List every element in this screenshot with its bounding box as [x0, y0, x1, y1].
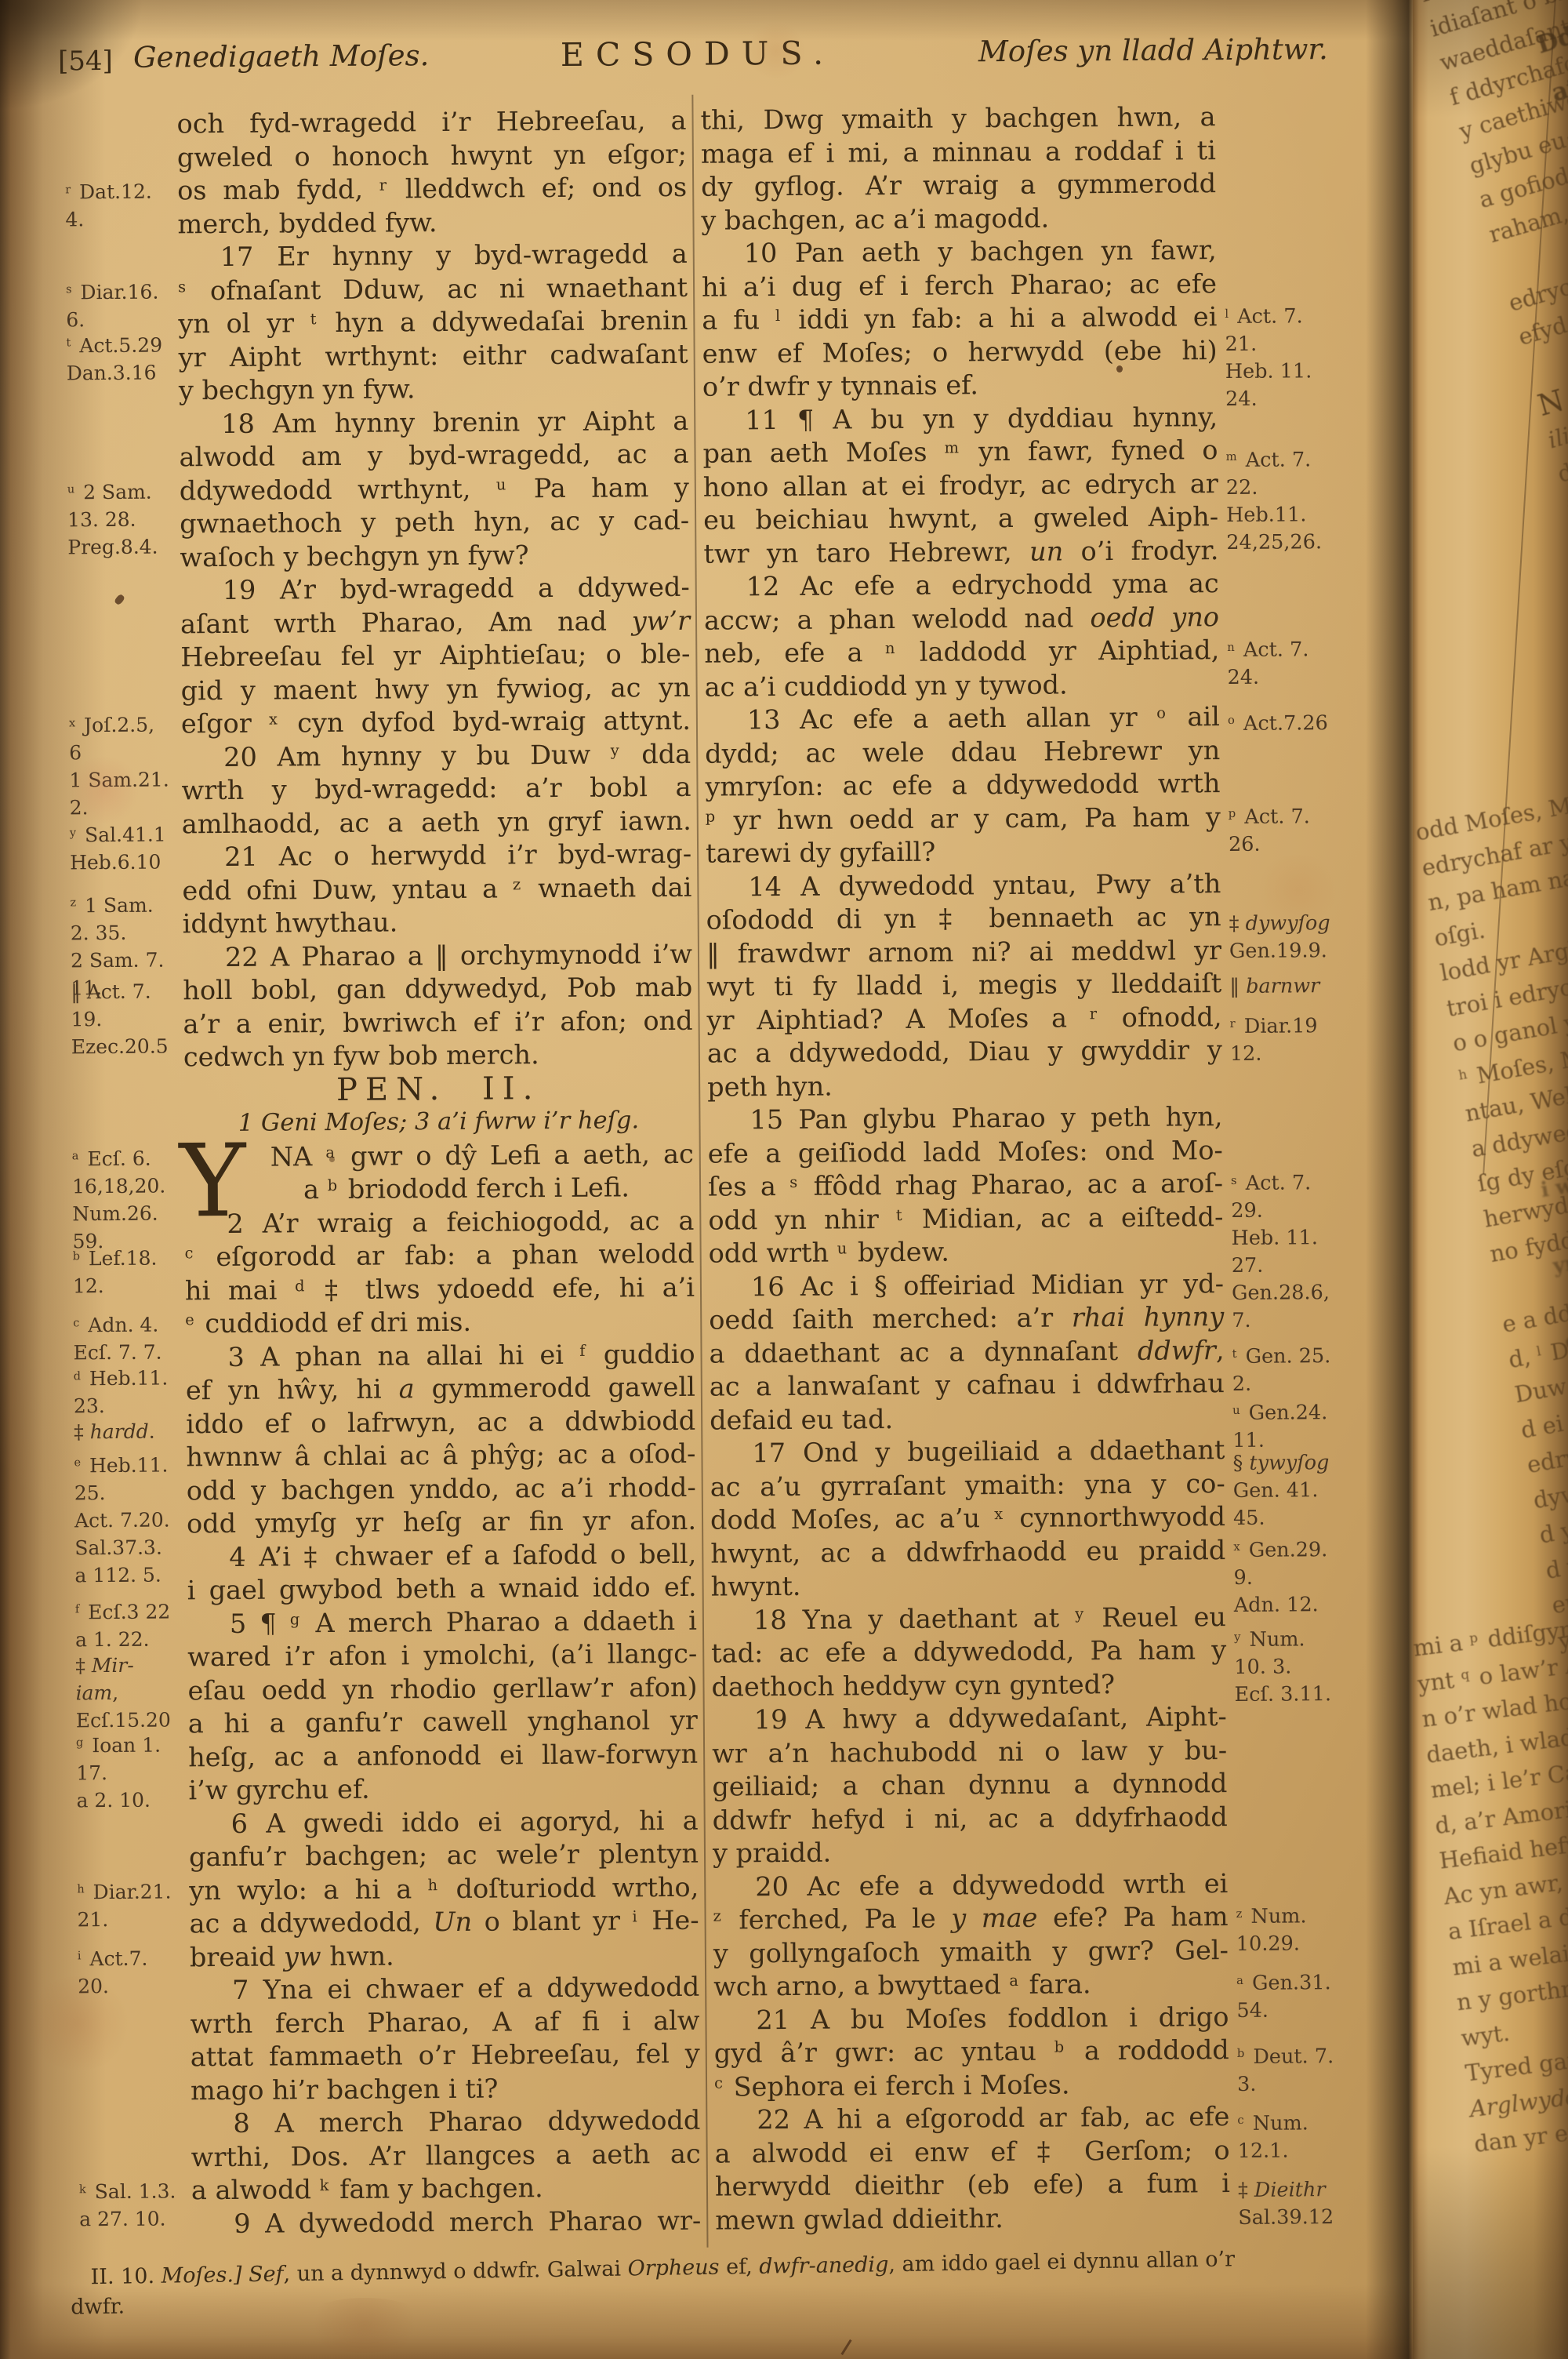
text-line: herwydd dieithr (eb efe) a fum i: [715, 2167, 1230, 2204]
text-line: y gollyngaſoch ymaith y gwr? Gel-: [713, 1934, 1229, 1971]
page-gutter-shadow: [1366, 0, 1414, 2359]
text-line: 19 A hwy a ddywedaſant, Aipht-: [712, 1700, 1227, 1737]
text-line: attat fammaeth o’r Hebreeſau, fel y: [191, 2037, 700, 2074]
text-line: iddynt hwythau.: [183, 904, 692, 941]
text-line: ac a ddywedodd, Un o blant yr i He-: [189, 1904, 699, 1941]
text-line: 15 Pan glybu Pharao y peth hyn,: [707, 1100, 1222, 1137]
text-line: c Sephora ei ferch i Moſes.: [714, 2067, 1229, 2104]
text-line: 11 ¶ A bu yn y dyddiau hynny,: [702, 401, 1218, 438]
text-line: wrth y byd-wragedd: a’r bobl a: [181, 771, 691, 808]
text-line: geiliaid; a chan dynnu a dynnodd: [712, 1767, 1227, 1804]
text-line: hi mai d ‡ tlws ydoedd efe, hi a’i: [185, 1270, 695, 1307]
text-line: iddo ef o lafrwyn, ac a ddwbiodd: [186, 1404, 695, 1441]
text-line: 14 A dywedodd yntau, Pwy a’th: [706, 867, 1221, 904]
text-line: ganfu’r bachgen; ac wele’r plentyn: [189, 1837, 699, 1874]
text-line: mago hi’r bachgen i ti?: [191, 2070, 700, 2107]
text-line: p yr hwn oedd ar y cam, Pa ham y: [706, 801, 1221, 838]
text-line: tarewi dy gyfaill?: [706, 834, 1221, 871]
text-line: 22 A hi a eſgorodd ar fab, ac efe: [714, 2100, 1229, 2137]
text-line: hwynt.: [710, 1567, 1225, 1604]
text-line: mewn gwlad ddieithr.: [715, 2201, 1230, 2237]
text-line: maga ef i mi, a minnau a roddaf i ti: [701, 134, 1216, 171]
text-line: 6 A gwedi iddo ei agoryd, hi a: [189, 1804, 699, 1841]
text-line: yn ol yr t hyn a ddywedaſai brenin: [178, 304, 688, 341]
text-line: breaid yw hwn.: [190, 1937, 699, 1974]
text-line: ac a’i cuddiodd yn y tywod.: [704, 667, 1219, 704]
text-line: odd yn nhir t Midian, ac a eiſtedd-: [708, 1201, 1223, 1238]
text-line: a’r a enir, bwriwch ef i’r afon; ond: [183, 1004, 692, 1041]
text-line: eſau oedd yn rhodio gerllaw’r afon): [187, 1670, 697, 1707]
text-line: gid y maent hwy yn fywiog, ac yn: [180, 671, 690, 707]
text-line: dydd; ac wele ddau Hebrewr yn: [705, 734, 1220, 771]
running-title-left: Genedigaeth Moſes.: [133, 38, 430, 75]
text-line: 9 A dywedodd merch Pharao wr-: [191, 2204, 701, 2241]
text-line: alwodd am y byd-wragedd, ac a: [179, 438, 688, 474]
text-line: ef yn hŵy, hi a gymmerodd gawell: [186, 1371, 695, 1408]
next-page-edge: r Aiphidiaſant o blegiwaeddaſant; a’uf d…: [1413, 0, 1568, 2359]
text-line: wrth ferch Pharao, A af fi i alw: [190, 2004, 699, 2041]
text-line: ac a lanwaſant y cafnau i ddwfrhau: [710, 1367, 1225, 1404]
text-line: Hebreeſau fel yr Aiphtieſau; o ble-: [180, 638, 690, 674]
text-line: tad: ac efe a ddywedodd, Pa ham y: [711, 1634, 1226, 1670]
text-line: c eſgorodd ar fab: a phan welodd: [185, 1238, 695, 1274]
text-line: ddywedodd wrthynt, u Pa ham y: [180, 471, 689, 507]
text-line: 4 A’i ‡ chwaer ef a ſafodd o bell,: [187, 1537, 696, 1574]
page-content: [54] Genedigaeth Moſes. ECSODUS. Moſes y…: [0, 0, 1568, 2359]
text-line: 8 A merch Pharao ddywedodd: [191, 2104, 700, 2141]
text-line: wared i’r afon i ymolchi, (a’i llangc-: [187, 1637, 697, 1674]
text-line: defaid eu tad.: [710, 1401, 1225, 1438]
text-line: z ferched, Pa le y mae efe? Pa ham: [713, 1900, 1228, 1937]
text-line: odd ymyſg yr heſg ar fin yr afon.: [187, 1504, 696, 1541]
book-title: ECSODUS.: [533, 34, 862, 74]
text-line: dodd Moſes, ac a’u x cynnorthwyodd: [710, 1500, 1225, 1537]
text-line: gweled o honoch hwynt yn eſgor;: [177, 137, 687, 174]
text-line: 10 Pan aeth y bachgen yn fawr,: [702, 234, 1217, 271]
text-line: 12 Ac efe a edrychodd yma ac: [704, 567, 1219, 604]
text-line: peth hyn.: [707, 1067, 1222, 1104]
text-line: e cuddiodd ef dri mis.: [185, 1304, 695, 1341]
text-line: 21 A bu Moſes foddlon i drigo: [713, 2001, 1229, 2037]
text-line: a alwodd ei enw ef ‡ Gerſom; o: [715, 2134, 1230, 2171]
right-text-column: thi, Dwg ymaith y bachgen hwn, amaga ef …: [700, 100, 1230, 2237]
text-line: os mab fydd, r lleddwch ef; ond os: [177, 171, 687, 208]
text-line: 19 A’r byd-wragedd a ddywed-: [180, 571, 690, 608]
text-line: merch, bydded fyw.: [177, 204, 687, 241]
text-line: odd wrth u bydew.: [709, 1234, 1224, 1270]
text-line: yr Aiphtiad? A Moſes a r ofnodd,: [706, 1001, 1221, 1038]
running-title-right: Moſes yn lladd Aiphtwr.: [978, 32, 1328, 68]
text-line: enw ef Moſes; o herwydd (ebe hi): [702, 334, 1218, 371]
text-line: edd ofni Duw, yntau a z wnaeth dai: [182, 871, 691, 907]
text-line: i’w gyrchu ef.: [188, 1771, 698, 1808]
text-line: wch arno, a bwyttaed a fara.: [713, 1967, 1229, 2004]
text-line: a hi a ganfu’r cawell ynghanol yr: [188, 1704, 698, 1741]
text-line: a b briododd ferch i Lefi.: [184, 1171, 694, 1208]
text-line: twr yn taro Hebrewr, un o’i frodyr.: [703, 534, 1218, 571]
text-line: 2 A’r wraig a feichiogodd, ac a: [184, 1204, 694, 1241]
text-line: yr Aipht wrthynt: eithr cadwaſant: [179, 337, 688, 374]
text-line: wrthi, Dos. A’r llangces a aeth ac: [191, 2137, 701, 2174]
text-line: hono allan at ei frodyr, ac edrych ar: [703, 467, 1218, 504]
text-line: 17 Ond y bugeiliaid a ddaethant: [710, 1434, 1225, 1470]
text-line: pan aeth Moſes m yn fawr, fyned o: [702, 434, 1218, 471]
text-line: 22 A Pharao a ‖ orchymynodd i’w: [183, 937, 692, 974]
text-line: hwynt, ac a ddwfrhaodd eu praidd: [710, 1534, 1225, 1571]
text-line: ymryſon: ac efe a ddywedodd wrth: [705, 767, 1220, 804]
text-line: waſoch y bechgyn yn fyw?: [180, 537, 689, 574]
text-line: cedwch yn fyw bob merch.: [183, 1038, 693, 1074]
text-line: 5 ¶ g A merch Pharao a ddaeth i: [187, 1604, 697, 1641]
text-line: ac a’u gyrraſant ymaith: yna y co-: [710, 1467, 1225, 1504]
text-line: a ddaethant ac a dynnaſant ddwfr,: [709, 1334, 1224, 1371]
text-line: a fu l iddi yn fab: a hi a alwodd ei: [702, 300, 1217, 337]
text-line: wyt ti fy lladd i, megis y lleddaiſt: [706, 967, 1221, 1004]
text-line: efe a geiſiodd ladd Moſes: ond Mo-: [708, 1134, 1223, 1171]
text-line: 18 Yna y daethant at y Reuel eu: [711, 1601, 1226, 1637]
text-line: heſg, ac a anfonodd ei llaw-forwyn: [188, 1737, 698, 1774]
text-line: oedd ſaith merched: a’r rhai hynny: [709, 1300, 1224, 1337]
text-line: 17 Er hynny y byd-wragedd a: [178, 238, 688, 274]
text-line: neb, efe a n laddodd yr Aiphtiad,: [704, 634, 1219, 671]
text-line: gwnaethoch y peth hyn, ac y cad-: [180, 504, 689, 541]
text-line: oſododd di yn ‡ bennaeth ac yn: [706, 900, 1221, 937]
text-line: 20 Ac efe a ddywedodd wrth ei: [713, 1867, 1228, 1904]
text-line: amlhaodd, ac a aeth yn gryf iawn.: [182, 804, 691, 841]
text-line: a alwodd k fam y bachgen.: [191, 2171, 701, 2208]
text-line: eu beichiau hwynt, a gweled Aiph-: [703, 500, 1218, 537]
drop-cap: Y: [180, 1132, 246, 1233]
text-line: holl bobl, gan ddywedyd, Pob mab: [183, 971, 692, 1008]
text-line: s ofnaſant Dduw, ac ni wnaethant: [178, 271, 688, 307]
text-line: dy gyflog. A’r wraig a gymmerodd: [701, 167, 1216, 204]
text-line: y bachgen, ac a’i magodd.: [701, 201, 1216, 238]
book-page: [54] Genedigaeth Moſes. ECSODUS. Moſes y…: [0, 0, 1568, 2359]
footnote: II. 10. Moſes.] Sef, un a dynnwyd o ddwf…: [70, 2243, 1372, 2323]
text-line: 7 Yna ei chwaer ef a ddywedodd: [190, 1971, 699, 2008]
text-line: ‖ frawdwr arnom ni? ai meddwl yr: [706, 934, 1221, 971]
page-number: [54]: [58, 45, 113, 77]
text-line: wr a’n hachubodd ni o law y bu-: [712, 1734, 1227, 1771]
text-line: eſgor x cyn dyfod byd-wraig attynt.: [181, 704, 691, 741]
next-page-text-fragments: mi a p ddiſgynais i’w gwynt q o law’r Ai…: [1413, 1589, 1568, 2162]
text-line: gyd â’r gwr: ac yntau b a roddodd: [714, 2034, 1229, 2070]
text-line: y bechgyn yn fyw.: [179, 371, 688, 408]
text-line: NA a gwr o dŷ Lefi a aeth, ac: [184, 1137, 694, 1174]
text-line: 20 Am hynny y bu Duw y dda: [181, 737, 691, 774]
text-line: i gael gwybod beth a wnaid iddo ef.: [187, 1571, 696, 1608]
text-line: ac a ddywedodd, Diau y gwyddir y: [707, 1034, 1222, 1070]
text-line: 1 Geni Moſes; 3 a’i fwrw i’r heſg.: [183, 1104, 693, 1141]
text-line: 13 Ac efe a aeth allan yr o ail: [705, 700, 1220, 737]
text-line: yn wylo: a hi a h doſturiodd wrtho,: [189, 1870, 699, 1907]
text-line: 3 A phan na allai hi ei f guddio: [185, 1337, 695, 1374]
text-line: 21 Ac o herwydd i’r byd-wrag-: [182, 838, 691, 874]
text-line: hi a’i dug ef i ferch Pharao; ac efe: [702, 267, 1217, 304]
text-line: och fyd-wragedd i’r Hebreeſau, a: [176, 104, 686, 141]
text-line: 18 Am hynny brenin yr Aipht a: [179, 404, 688, 441]
text-line: daethoch heddyw cyn gynted?: [711, 1667, 1226, 1704]
text-line: accw; a phan welodd nad oedd yno: [704, 601, 1219, 638]
left-text-column: Y och fyd-wragedd i’r Hebreeſau, agweled…: [176, 104, 701, 2241]
text-line: 16 Ac i § offeiriad Midian yr yd-: [709, 1267, 1224, 1304]
text-line: PEN. II.: [183, 1070, 693, 1107]
text-line: odd y bachgen ynddo, ac a’i rhodd-: [187, 1470, 696, 1507]
next-page-text-fragments: r Aiphidiaſant o blegiwaeddaſant; a’uf d…: [1416, 0, 1568, 801]
text-line: aſant wrth Pharao, Am nad yw’r: [180, 604, 690, 641]
text-line: ſes a s ffôdd rhag Pharao, ac a aroſ-: [708, 1167, 1223, 1204]
text-line: y praidd.: [713, 1834, 1228, 1870]
text-line: hwnnw â chlai ac â phŷg; ac a oſod-: [186, 1438, 695, 1474]
text-line: o’r dwfr y tynnais ef.: [702, 367, 1218, 404]
text-line: thi, Dwg ymaith y bachgen hwn, a: [700, 100, 1215, 137]
text-line: ddwfr hefyd i ni, ac a ddyfrhaodd: [713, 1801, 1228, 1837]
